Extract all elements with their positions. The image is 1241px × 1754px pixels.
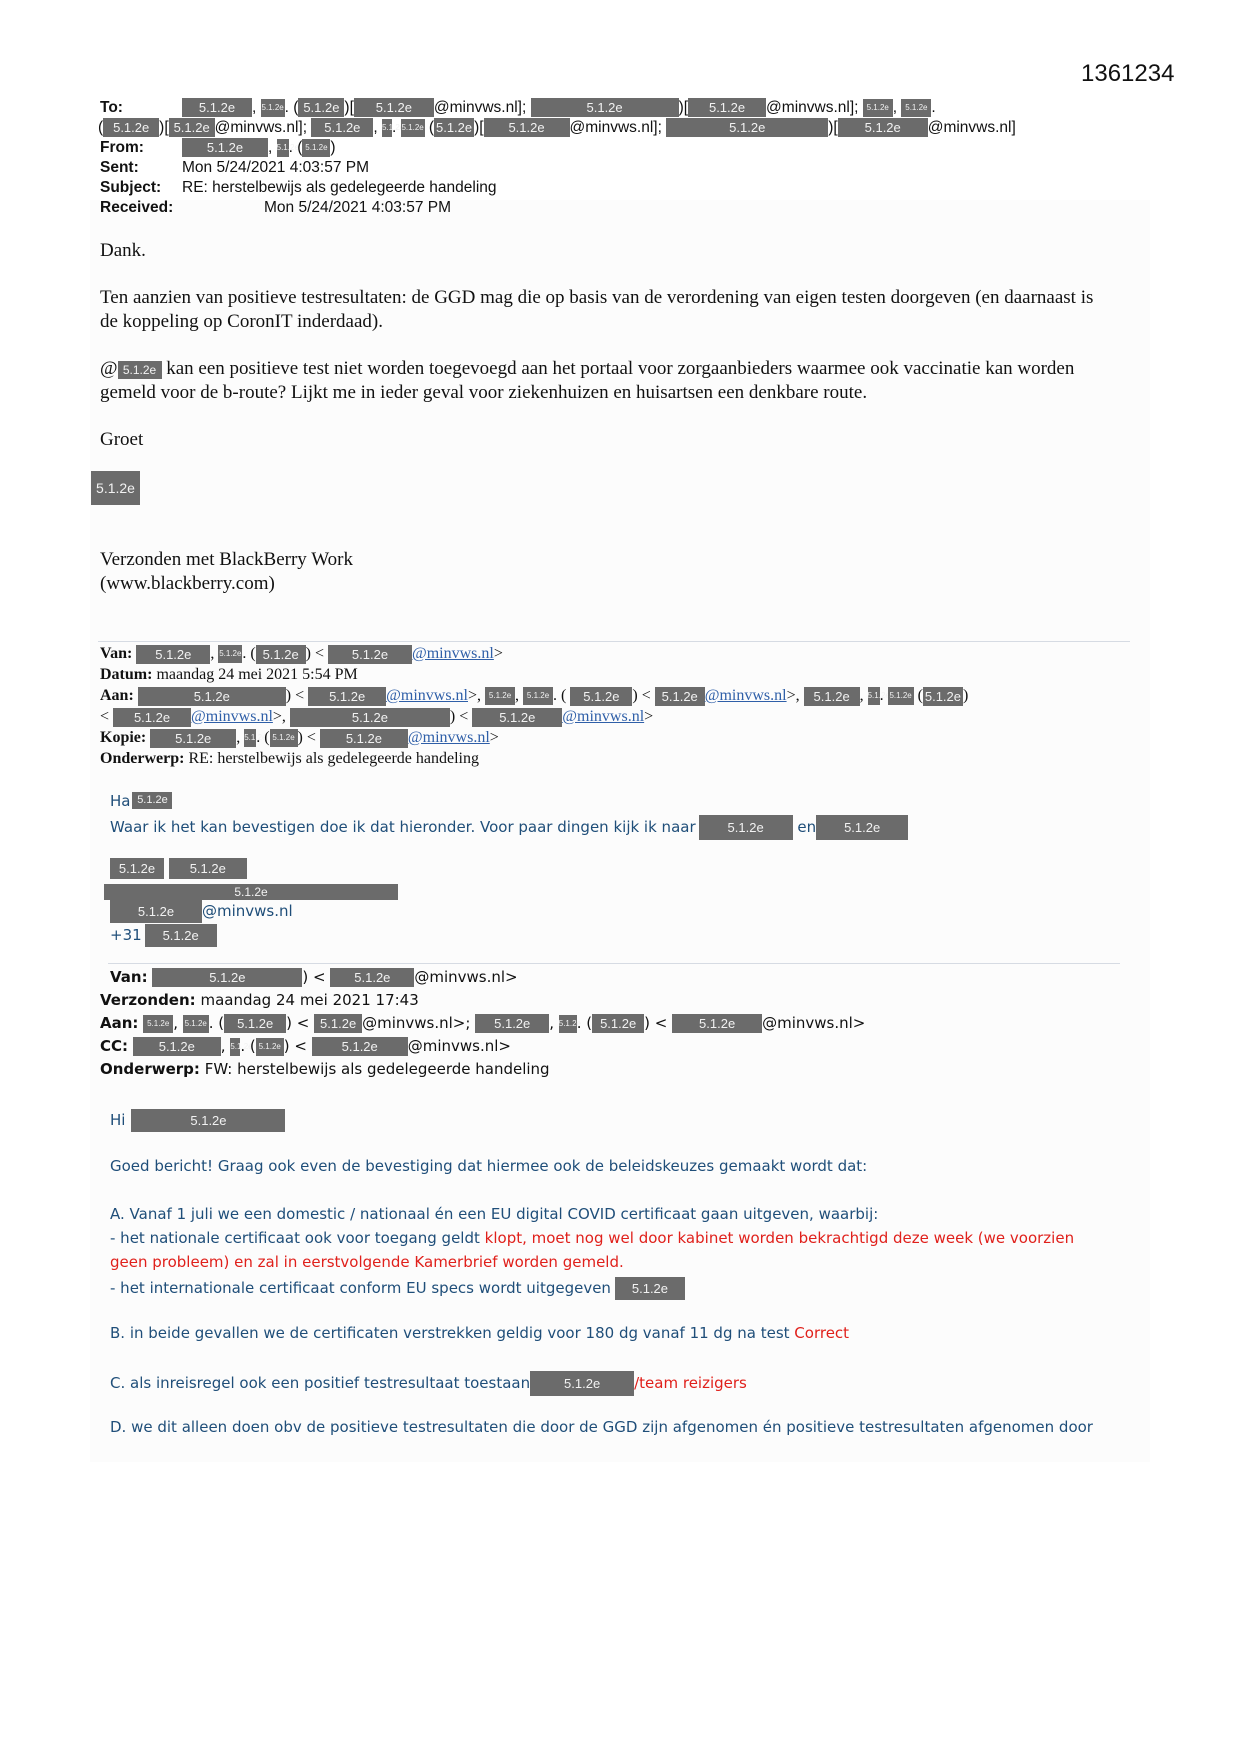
- redaction: 5.1.2e: [261, 99, 285, 117]
- redaction: 5.1.2e: [312, 1037, 408, 1056]
- email-link[interactable]: @minvws.nl: [408, 729, 490, 746]
- redaction: 5.1.2e: [863, 99, 893, 117]
- redaction: 5.1.2e: [244, 729, 256, 747]
- redaction: 5.1.2e: [110, 900, 202, 923]
- to-label: Aan:: [100, 1014, 138, 1032]
- redaction: 5.1.2e: [298, 98, 344, 117]
- question-text: kan een positieve test niet worden toege…: [100, 358, 1074, 403]
- point-b-reply: Correct: [794, 1324, 849, 1342]
- redaction: 5.1.2e: [901, 99, 931, 117]
- email1-greeting: Groet: [100, 428, 1140, 452]
- point-a-sub1: - het nationale certificaat ook voor toe…: [110, 1229, 1074, 1247]
- from-label: Van:: [100, 645, 132, 662]
- redaction: 5.1.2e: [816, 815, 908, 840]
- email-domain: @minvws.nl>: [762, 1014, 865, 1032]
- redaction: 5.1.2e: [138, 687, 286, 706]
- sent-row: Verzonden: maandag 24 mei 2021 17:43: [100, 989, 865, 1012]
- email-domain: @minvws.nl];: [215, 119, 307, 136]
- subject-label: Subject:: [100, 178, 182, 198]
- email-domain: @minvws.nl>;: [362, 1014, 470, 1032]
- redaction: 5.1.2e: [354, 98, 434, 117]
- redaction: 5.1.2e: [256, 1038, 284, 1056]
- subject-value: FW: herstelbewijs als gedelegeerde hande…: [205, 1060, 550, 1078]
- date-value: maandag 24 mei 2021 5:54 PM: [156, 666, 357, 683]
- point-c-reply: /team reizigers: [634, 1374, 747, 1392]
- redaction: 5.1.2e: [143, 1015, 173, 1033]
- redaction: 5.1.2e: [113, 708, 191, 727]
- redaction: 5.1.2e: [224, 1014, 286, 1033]
- point-a-sub1-reply-cont: geen probleem) en zal in eerstvolgende K…: [110, 1253, 624, 1271]
- redaction: 5.1.2e: [382, 119, 392, 137]
- redaction: 5.1.2e: [475, 1014, 549, 1033]
- sent-row: Sent:Mon 5/24/2021 4:03:57 PM: [100, 158, 1018, 178]
- redaction: 5.1.2e: [888, 687, 914, 705]
- redaction: 5.1.2e: [150, 729, 236, 748]
- subject-value: RE: herstelbewijs als gedelegeerde hande…: [188, 750, 479, 767]
- point-b-text: B. in beide gevallen we de certificaten …: [110, 1324, 790, 1342]
- from-row: Van: 5.1.2e) < 5.1.2e@minvws.nl>: [100, 966, 865, 989]
- sig-function: 5.1.2e: [104, 882, 398, 900]
- email-domain: @minvws.nl>: [408, 1037, 511, 1055]
- redaction: 5.1.2e: [401, 119, 425, 137]
- point-a-sub1-reply: klopt, moet nog wel door kabinet worden …: [485, 1229, 1074, 1247]
- email-domain: @minvws.nl>: [414, 968, 517, 986]
- sent-label: Sent:: [100, 158, 182, 178]
- email3-intro: Goed bericht! Graag ook even de bevestig…: [110, 1157, 867, 1175]
- redaction: 5.1.2e: [132, 792, 172, 809]
- email-link[interactable]: @minvws.nl: [562, 708, 644, 725]
- to-label: Aan:: [100, 687, 134, 704]
- point-b: B. in beide gevallen we de certificaten …: [110, 1324, 849, 1342]
- received-label: Received:: [100, 198, 264, 218]
- email-link[interactable]: @minvws.nl: [191, 708, 273, 725]
- email-domain: @minvws.nl];: [434, 99, 526, 116]
- sent-value: maandag 24 mei 2021 17:43: [200, 991, 418, 1009]
- to-row: Aan: 5.1.2e, 5.1.2e. (5.1.2e) < 5.1.2e@m…: [100, 1012, 865, 1035]
- line1-text: Waar ik het kan bevestigen doe ik dat hi…: [110, 818, 696, 836]
- email1-para-positive-tests: Ten aanzien van positieve testresultaten…: [100, 286, 1100, 334]
- redaction: 5.1.2e: [182, 98, 252, 117]
- redaction: 5.1.2e: [152, 968, 302, 987]
- email-domain: @minvws.nl];: [766, 99, 858, 116]
- subject-label: Onderwerp:: [100, 1060, 200, 1078]
- point-c-text: C. als inreisregel ook een positief test…: [110, 1374, 530, 1392]
- redaction: 5.1.2e: [531, 98, 679, 117]
- sig-name: 5.1.2e 5.1.2e: [110, 858, 247, 879]
- redaction: 5.1.2e: [103, 118, 159, 137]
- subject-row: Onderwerp: FW: herstelbewijs als gedeleg…: [100, 1058, 865, 1081]
- cc-row: CC: 5.1.2e, 5.1.2e. (5.1.2e) < 5.1.2e@mi…: [100, 1035, 865, 1058]
- point-a-sub2-text: - het internationale certificaat conform…: [110, 1279, 611, 1297]
- redaction: 5.1.2e: [699, 815, 793, 840]
- redaction: 5.1.2e: [256, 645, 306, 664]
- from-row: From:5.1.2e, 5.1.2e. (5.1.2e): [100, 138, 1018, 158]
- to-row-continued: (5.1.2e)[5.1.2e@minvws.nl]; 5.1.2e, 5.1.…: [98, 118, 1016, 138]
- redaction: 5.1.2e: [868, 687, 880, 705]
- redaction: 5.1.2e: [169, 858, 247, 879]
- subject-value: RE: herstelbewijs als gedelegeerde hande…: [182, 179, 497, 196]
- email2-line1: Waar ik het kan bevestigen doe ik dat hi…: [110, 815, 908, 840]
- to-row: To:5.1.2e, 5.1.2e. (5.1.2e)[5.1.2e@minvw…: [100, 98, 1018, 118]
- redaction: 5.1.2e: [311, 118, 373, 137]
- redaction: 5.1.2e: [320, 729, 408, 748]
- point-a-sub2: - het internationale certificaat conform…: [110, 1277, 685, 1300]
- redaction: 5.1.2e: [131, 1109, 285, 1132]
- email-domain: @minvws.nl];: [570, 119, 662, 136]
- redaction: 5.1.2e: [290, 708, 450, 727]
- redaction: 5.1.2e: [655, 687, 705, 706]
- mention-prefix: @: [100, 358, 118, 379]
- redaction: 5.1.2e: [615, 1277, 685, 1300]
- email3-greeting: Hi5.1.2e: [110, 1109, 285, 1132]
- received-row: Received:Mon 5/24/2021 4:03:57 PM: [100, 198, 1018, 218]
- redaction: 5.1.2e: [169, 118, 215, 137]
- sig-email-domain: @minvws.nl: [202, 902, 293, 920]
- phone-prefix: +31: [110, 926, 142, 944]
- email1-header: To:5.1.2e, 5.1.2e. (5.1.2e)[5.1.2e@minvw…: [100, 98, 1018, 218]
- sent-label: Verzonden:: [100, 991, 196, 1009]
- to-row-continued: < 5.1.2e@minvws.nl>, 5.1.2e) < 5.1.2e@mi…: [100, 706, 968, 727]
- subject-row: Onderwerp: RE: herstelbewijs als gedeleg…: [100, 748, 968, 769]
- to-row: Aan: 5.1.2e) < 5.1.2e@minvws.nl>, 5.1.2e…: [100, 685, 968, 706]
- redaction: 5.1.2e: [472, 708, 562, 727]
- date-row: Datum: maandag 24 mei 2021 5:54 PM: [100, 664, 968, 685]
- email3-header: Van: 5.1.2e) < 5.1.2e@minvws.nl> Verzond…: [100, 966, 865, 1081]
- quote-divider: [108, 963, 1120, 964]
- point-c: C. als inreisregel ook een positief test…: [110, 1371, 747, 1396]
- redaction: 5.1.2e: [182, 138, 268, 157]
- redaction: 5.1.2e: [308, 687, 386, 706]
- sent-value: Mon 5/24/2021 4:03:57 PM: [182, 159, 369, 176]
- from-label: From:: [100, 138, 182, 158]
- sig-phone: +315.1.2e: [110, 924, 217, 947]
- redaction: 5.1.2e: [328, 645, 412, 664]
- sig-email: 5.1.2e@minvws.nl: [110, 900, 293, 923]
- email-link[interactable]: @minvws.nl: [705, 687, 787, 704]
- point-a: A. Vanaf 1 juli we een domestic / nation…: [110, 1205, 878, 1223]
- email1-signature-redaction: 5.1.2e: [91, 471, 140, 505]
- redaction: 5.1.2e: [314, 1014, 362, 1033]
- date-label: Datum:: [100, 666, 152, 683]
- line1-and: en: [797, 818, 816, 836]
- subject-label: Onderwerp:: [100, 750, 184, 767]
- redaction: 5.1.2e: [145, 924, 217, 947]
- subject-row: Subject:RE: herstelbewijs als gedelegeer…: [100, 178, 1018, 198]
- redaction: 5.1.2e: [91, 471, 140, 505]
- email2-greeting: Ha5.1.2e: [110, 792, 172, 810]
- email1-para-thanks: Dank.: [100, 239, 1140, 263]
- greeting-text: Ha: [110, 792, 130, 810]
- signature-line1: Verzonden met BlackBerry Work: [100, 548, 1140, 572]
- email-link[interactable]: @minvws.nl: [386, 687, 468, 704]
- redaction: 5.1.2e: [277, 139, 289, 157]
- cc-row: Kopie: 5.1.2e, 5.1.2e. (5.1.2e) < 5.1.2e…: [100, 727, 968, 748]
- document-id: 1361234: [1081, 60, 1174, 88]
- email2-header: Van: 5.1.2e, 5.1.2e. (5.1.2e) < 5.1.2e@m…: [100, 643, 968, 769]
- redaction: 5.1.2e: [434, 118, 474, 137]
- redaction: 5.1.2e: [688, 98, 766, 117]
- redaction: 5.1.2e: [136, 645, 210, 664]
- redaction: 5.1.2e: [183, 1015, 209, 1033]
- redaction: 5.1.2e: [838, 118, 928, 137]
- redaction: 5.1.2e: [523, 687, 553, 705]
- redaction: 5.1.2e: [330, 968, 414, 987]
- redaction: 5.1.2e: [804, 687, 860, 706]
- from-label: Van:: [110, 968, 148, 986]
- redaction: 5.1.2e: [133, 1037, 221, 1056]
- redaction: 5.1.2e: [230, 1038, 240, 1056]
- cc-label: CC:: [100, 1037, 128, 1055]
- redaction: 5.1.2e: [485, 687, 515, 705]
- redaction: 5.1.2e: [559, 1015, 577, 1033]
- redaction: 5.1.2e: [530, 1371, 634, 1396]
- redaction: 5.1.2e: [302, 139, 330, 157]
- email1-para-question: @5.1.2e kan een positieve test niet word…: [100, 357, 1100, 405]
- redaction: 5.1.2e: [592, 1014, 644, 1033]
- to-label: To:: [100, 98, 182, 118]
- from-row: Van: 5.1.2e, 5.1.2e. (5.1.2e) < 5.1.2e@m…: [100, 643, 968, 664]
- redaction: 5.1.2e: [270, 729, 298, 747]
- redaction: 5.1.2e: [218, 645, 242, 663]
- email-domain: @minvws.nl]: [928, 119, 1016, 136]
- redaction: 5.1.2e: [110, 858, 164, 879]
- redaction: 5.1.2e: [118, 361, 162, 379]
- point-a-sub1-text: - het nationale certificaat ook voor toe…: [110, 1229, 480, 1247]
- signature-line2: (www.blackberry.com): [100, 572, 1140, 596]
- quote-divider: [98, 641, 1130, 642]
- redaction: 5.1.2e: [666, 118, 828, 137]
- greeting-text: Hi: [110, 1111, 125, 1129]
- redaction: 5.1.2e: [570, 687, 632, 706]
- cc-label: Kopie:: [100, 729, 146, 746]
- point-d: D. we dit alleen doen obv de positieve t…: [110, 1418, 1093, 1436]
- received-value: Mon 5/24/2021 4:03:57 PM: [264, 199, 451, 216]
- redaction: 5.1.2e: [672, 1014, 762, 1033]
- redaction: 5.1.2e: [104, 884, 398, 900]
- redaction: 5.1.2e: [923, 687, 963, 706]
- email-link[interactable]: @minvws.nl: [412, 645, 494, 662]
- blackberry-signature: Verzonden met BlackBerry Work (www.black…: [100, 548, 1140, 596]
- redaction: 5.1.2e: [484, 118, 570, 137]
